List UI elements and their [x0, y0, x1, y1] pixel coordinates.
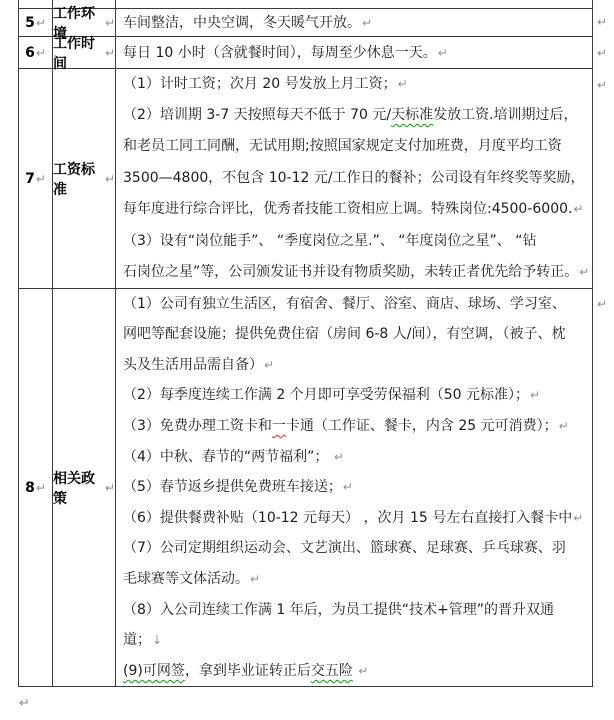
row-label: 工资标准	[53, 159, 104, 199]
spellcheck-red-text: 一	[272, 418, 286, 434]
text-segment: 每日 10 小时（含就餐时间），每周至少休息一天。	[123, 45, 437, 61]
paragraph-mark: ↵	[438, 46, 448, 60]
paragraph-mark: ↵	[579, 265, 589, 279]
text-segment: 和老员工同工同酬，无试用期;按照国家规定支付加班费，月度平均工资	[123, 138, 562, 154]
text-segment: 车间整洁，中央空调，冬天暖气开放。	[123, 15, 361, 31]
text-line: （3）设有“岗位能手”、 “季度岗位之星.”、 “年度岗位之星”、 “钻	[123, 226, 588, 257]
text-line: 石岗位之星”等，公司颁发证书并设有物质奖励，未转正者优先给予转正。↵	[123, 257, 588, 288]
text-segment: （2）培训期 3-7 天按照每天不低于 70 元/	[123, 107, 391, 123]
text-segment: 道；	[123, 632, 151, 648]
text-segment: ，拿到毕业证转正后	[185, 663, 311, 679]
row-label-cell: 工资标准↵	[52, 69, 115, 288]
row-number: 6	[25, 45, 35, 61]
row-number: 5	[25, 15, 35, 31]
paragraph-mark: ↵	[358, 664, 368, 678]
text-line: （6）提供餐费补贴（10-12 元每天） ，次月 15 号左右直接打入餐卡中↵	[123, 503, 588, 534]
paragraph-mark: ↵	[105, 46, 115, 60]
text-segment: （6）提供餐费补贴（10-12 元每天） ，次月 15 号左右直接打入餐卡中	[123, 510, 572, 526]
text-segment: （5）春节返乡提供免费班车接送；	[123, 479, 342, 495]
text-line: 毛球赛等文体活动。↵	[123, 564, 588, 595]
text-line: （8）入公司连续工作满 1 年后，为员工提供“技术+管理”的晋升双通	[123, 595, 588, 626]
table-row: 7↵ 工资标准↵ （1）计时工资；次月 20 号发放上月工资；↵（2）培训期 3…	[18, 69, 593, 289]
paragraph-mark: ↵	[334, 450, 344, 464]
row-label: 工作时间	[53, 33, 104, 73]
table-border-stub	[18, 0, 19, 8]
text-line: 车间整洁，中央空调，冬天暖气开放。↵	[123, 10, 588, 36]
text-segment: 卡通（工作证、餐卡，内含 25 元可消费）；	[286, 418, 558, 434]
text-segment: 每年度进行综合评比，优秀者技能工资相应上调。特殊岗位:4500-6000.	[123, 201, 572, 217]
benefits-table: 5↵ 工作环境↵ 车间整洁，中央空调，冬天暖气开放。↵ 6↵ 工作时间↵ 每日 …	[18, 8, 593, 687]
text-line: （1）公司有独立生活区，有宿舍、餐厅、浴室、商店、球场、学习室、	[123, 289, 588, 319]
paragraph-mark: ↵	[36, 46, 46, 60]
text-line: （1）计时工资；次月 20 号发放上月工资；↵	[123, 69, 588, 100]
row-label-cell: 工作时间↵	[52, 37, 115, 68]
paragraph-mark: ↵	[559, 419, 569, 433]
paragraph-mark: ↵	[530, 388, 540, 402]
table-row: 8↵ 相关政策↵ （1）公司有独立生活区，有宿舍、餐厅、浴室、商店、球场、学习室…	[18, 289, 593, 687]
text-line: 网吧等配套设施；提供免费住宿（房间 6-8 人/间），有空调，（被子、枕	[123, 319, 588, 350]
paragraph-mark: ↵	[36, 172, 46, 186]
row-content-cell: 车间整洁，中央空调，冬天暖气开放。↵	[115, 9, 593, 36]
text-line: （5）春节返乡提供免费班车接送；↵	[123, 472, 588, 503]
text-line: (9)可网签，拿到毕业证转正后交五险 ↵	[123, 656, 588, 686]
paragraph-mark: ↵	[105, 16, 115, 30]
row-label-cell: 相关政策↵	[52, 289, 115, 686]
paragraph-mark: ↵	[573, 511, 583, 525]
paragraph-mark: ↵	[362, 16, 372, 30]
text-line: （4）中秋、春节的“两节福利”； ↵	[123, 442, 588, 473]
text-segment: （3）免费办理工资卡和	[123, 418, 272, 434]
paragraph-mark: ↵	[105, 481, 115, 495]
table-row: 6↵ 工作时间↵ 每日 10 小时（含就餐时间），每周至少休息一天。↵	[18, 37, 593, 69]
text-segment: （8）入公司连续工作满 1 年后，为员工提供“技术+管理”的晋升双通	[123, 602, 554, 618]
row-content-cell: （1）计时工资；次月 20 号发放上月工资；↵（2）培训期 3-7 天按照每天不…	[115, 69, 593, 288]
text-segment: （2）每季度连续工作满 2 个月即可享受劳保福利（50 元标准）；	[123, 387, 529, 403]
text-line: （3）免费办理工资卡和一卡通（工作证、餐卡，内含 25 元可消费）；↵	[123, 411, 588, 442]
text-segment: （4）中秋、春节的“两节福利”；	[123, 449, 333, 465]
text-segment: 毛球赛等文体活动。	[123, 571, 249, 587]
row-number: 7	[25, 171, 35, 187]
paragraph-mark: ↵	[264, 358, 274, 372]
paragraph-mark: ↵	[398, 77, 408, 91]
text-line: 道；↓	[123, 625, 588, 656]
text-line: 3500—4800，不包含 10-12 元/工作日的餐补；公司设有年终奖等奖励，	[123, 163, 588, 194]
text-segment: 石岗位之星”等，公司颁发证书并设有物质奖励，未转正者优先给予转正。	[123, 264, 578, 280]
spellcheck-green-text: 交五险	[311, 663, 353, 679]
row-label: 相关政策	[53, 468, 104, 508]
text-segment: （1）公司有独立生活区，有宿舍、餐厅、浴室、商店、球场、学习室、	[123, 296, 566, 312]
text-segment: （3）设有“岗位能手”、 “季度岗位之星.”、 “年度岗位之星”、 “钻	[123, 233, 536, 249]
text-segment: （1）计时工资；次月 20 号发放上月工资；	[123, 76, 397, 92]
row-number: 8	[25, 480, 35, 496]
row-number-cell: 7↵	[18, 69, 52, 288]
paragraph-mark: ↵	[343, 480, 353, 494]
text-segment: 头及生活用品需自备）	[123, 357, 263, 373]
text-line: 每日 10 小时（含就餐时间），每周至少休息一天。↵	[123, 40, 588, 66]
document-page: 5↵ 工作环境↵ 车间整洁，中央空调，冬天暖气开放。↵ 6↵ 工作时间↵ 每日 …	[0, 0, 614, 720]
paragraph-mark: ↵	[105, 172, 115, 186]
text-line: 和老员工同工同酬，无试用期;按照国家规定支付加班费，月度平均工资	[123, 131, 588, 162]
text-segment: 发放工资.培训期过后，	[433, 107, 577, 123]
table-row: 5↵ 工作环境↵ 车间整洁，中央空调，冬天暖气开放。↵	[18, 9, 593, 37]
row-number-cell: 6↵	[18, 37, 52, 68]
row-number-cell: 8↵	[18, 289, 52, 686]
line-break-mark: ↓	[152, 633, 162, 647]
paragraph-mark: ↵	[36, 16, 46, 30]
text-line: 头及生活用品需自备）↵	[123, 350, 588, 381]
paragraph-mark: ↵	[19, 696, 30, 711]
paragraph-mark: ↵	[573, 202, 583, 216]
row-end-mark: ↵	[597, 78, 607, 92]
row-content-cell: （1）公司有独立生活区，有宿舍、餐厅、浴室、商店、球场、学习室、网吧等配套设施；…	[115, 289, 593, 686]
row-content-cell: 每日 10 小时（含就餐时间），每周至少休息一天。↵	[115, 37, 593, 68]
paragraph-mark: ↵	[250, 572, 260, 586]
text-segment	[353, 663, 357, 679]
text-segment: （7）公司定期组织运动会、文艺演出、篮球赛、足球赛、乒乓球赛、羽	[123, 540, 566, 556]
spellcheck-green-text: (9)可网签	[123, 663, 185, 679]
row-number-cell: 5↵	[18, 9, 52, 36]
text-line: （2）每季度连续工作满 2 个月即可享受劳保福利（50 元标准）；↵	[123, 380, 588, 411]
row-end-mark: ↵	[597, 297, 607, 311]
text-segment: 网吧等配套设施；提供免费住宿（房间 6-8 人/间），有空调，（被子、枕	[123, 326, 565, 342]
text-segment: 3500—4800，不包含 10-12 元/工作日的餐补；公司设有年终奖等奖励，	[123, 170, 585, 186]
spellcheck-green-text: 天标准	[391, 107, 433, 123]
text-line: 每年度进行综合评比，优秀者技能工资相应上调。特殊岗位:4500-6000.↵	[123, 194, 588, 225]
table-border-stub	[115, 0, 116, 8]
row-end-mark: ↵	[597, 46, 607, 60]
text-line: （7）公司定期组织运动会、文艺演出、篮球赛、足球赛、乒乓球赛、羽	[123, 533, 588, 564]
row-end-mark: ↵	[597, 15, 607, 29]
table-border-stub	[592, 0, 593, 8]
paragraph-mark: ↵	[36, 481, 46, 495]
text-line: （2）培训期 3-7 天按照每天不低于 70 元/天标准发放工资.培训期过后，	[123, 100, 588, 131]
